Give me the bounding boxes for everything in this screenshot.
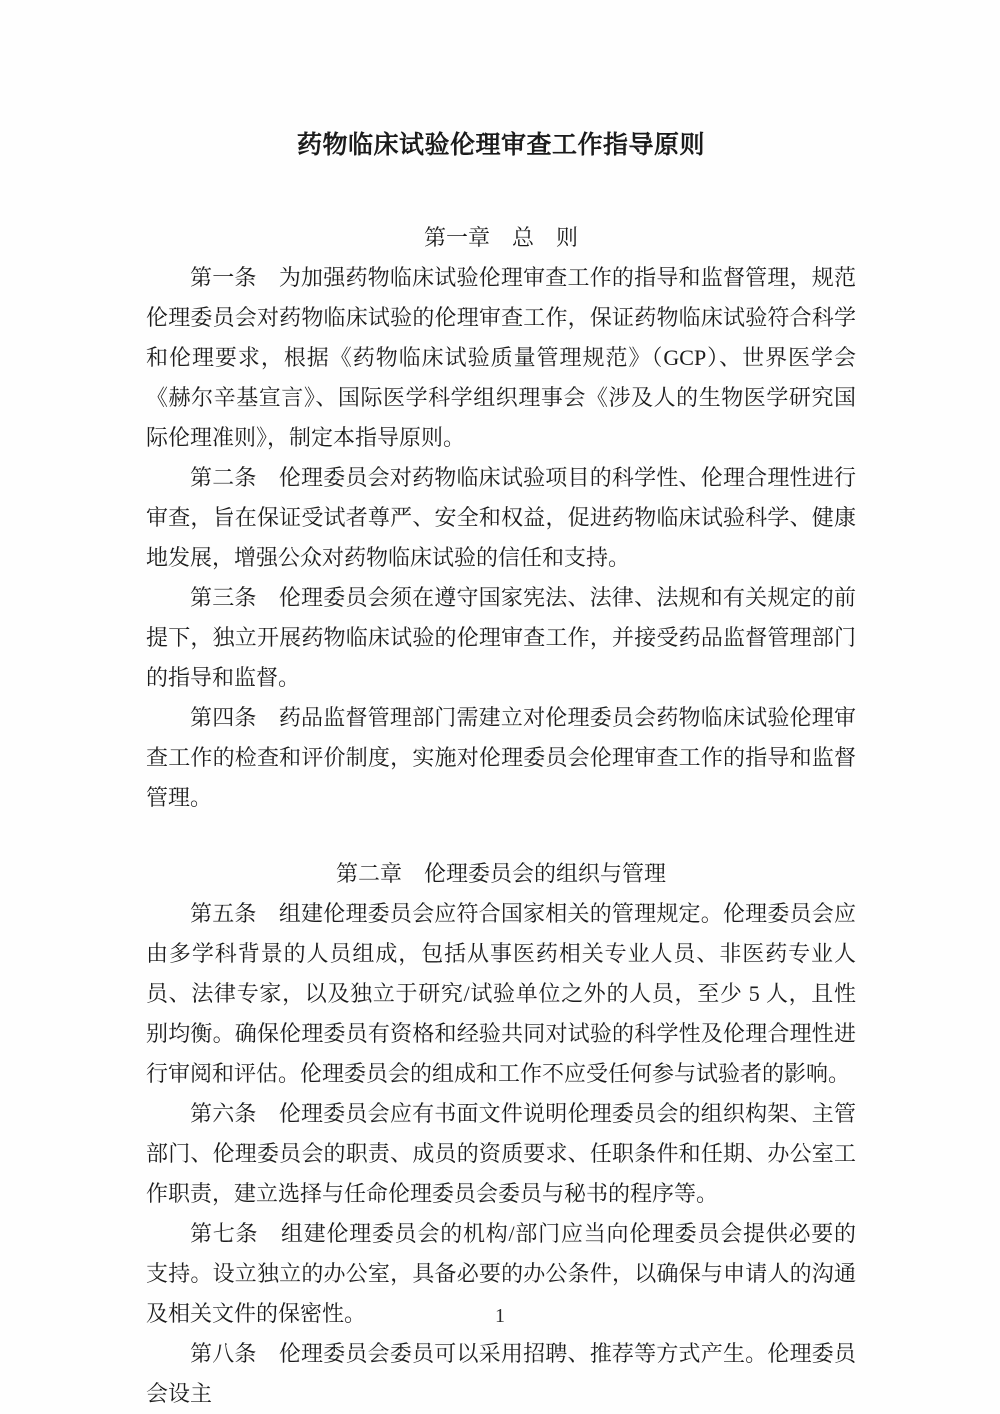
paragraph-article-2: 第二条 伦理委员会对药物临床试验项目的科学性、伦理合理性进行审查，旨在保证受试者… xyxy=(146,458,856,578)
paragraph-article-1: 第一条 为加强药物临床试验伦理审查工作的指导和监督管理，规范伦理委员会对药物临床… xyxy=(146,258,856,458)
chapter-1-heading: 第一章 总 则 xyxy=(146,218,856,258)
paragraph-article-5: 第五条 组建伦理委员会应符合国家相关的管理规定。伦理委员会应由多学科背景的人员组… xyxy=(146,894,856,1094)
document-body: 药物临床试验伦理审查工作指导原则 第一章 总 则 第一条 为加强药物临床试验伦理… xyxy=(146,0,856,1414)
paragraph-article-6: 第六条 伦理委员会应有书面文件说明伦理委员会的组织构架、主管部门、伦理委员会的职… xyxy=(146,1094,856,1214)
paragraph-article-4: 第四条 药品监督管理部门需建立对伦理委员会药物临床试验伦理审查工作的检查和评价制… xyxy=(146,698,856,818)
page-number: 1 xyxy=(0,1302,1000,1330)
paragraph-article-3: 第三条 伦理委员会须在遵守国家宪法、法律、法规和有关规定的前提下，独立开展药物临… xyxy=(146,578,856,698)
document-page: 药物临床试验伦理审查工作指导原则 第一章 总 则 第一条 为加强药物临床试验伦理… xyxy=(0,0,1000,1414)
document-title: 药物临床试验伦理审查工作指导原则 xyxy=(146,126,856,166)
paragraph-article-8: 第八条 伦理委员会委员可以采用招聘、推荐等方式产生。伦理委员会设主 xyxy=(146,1334,856,1414)
chapter-2-heading: 第二章 伦理委员会的组织与管理 xyxy=(146,854,856,894)
